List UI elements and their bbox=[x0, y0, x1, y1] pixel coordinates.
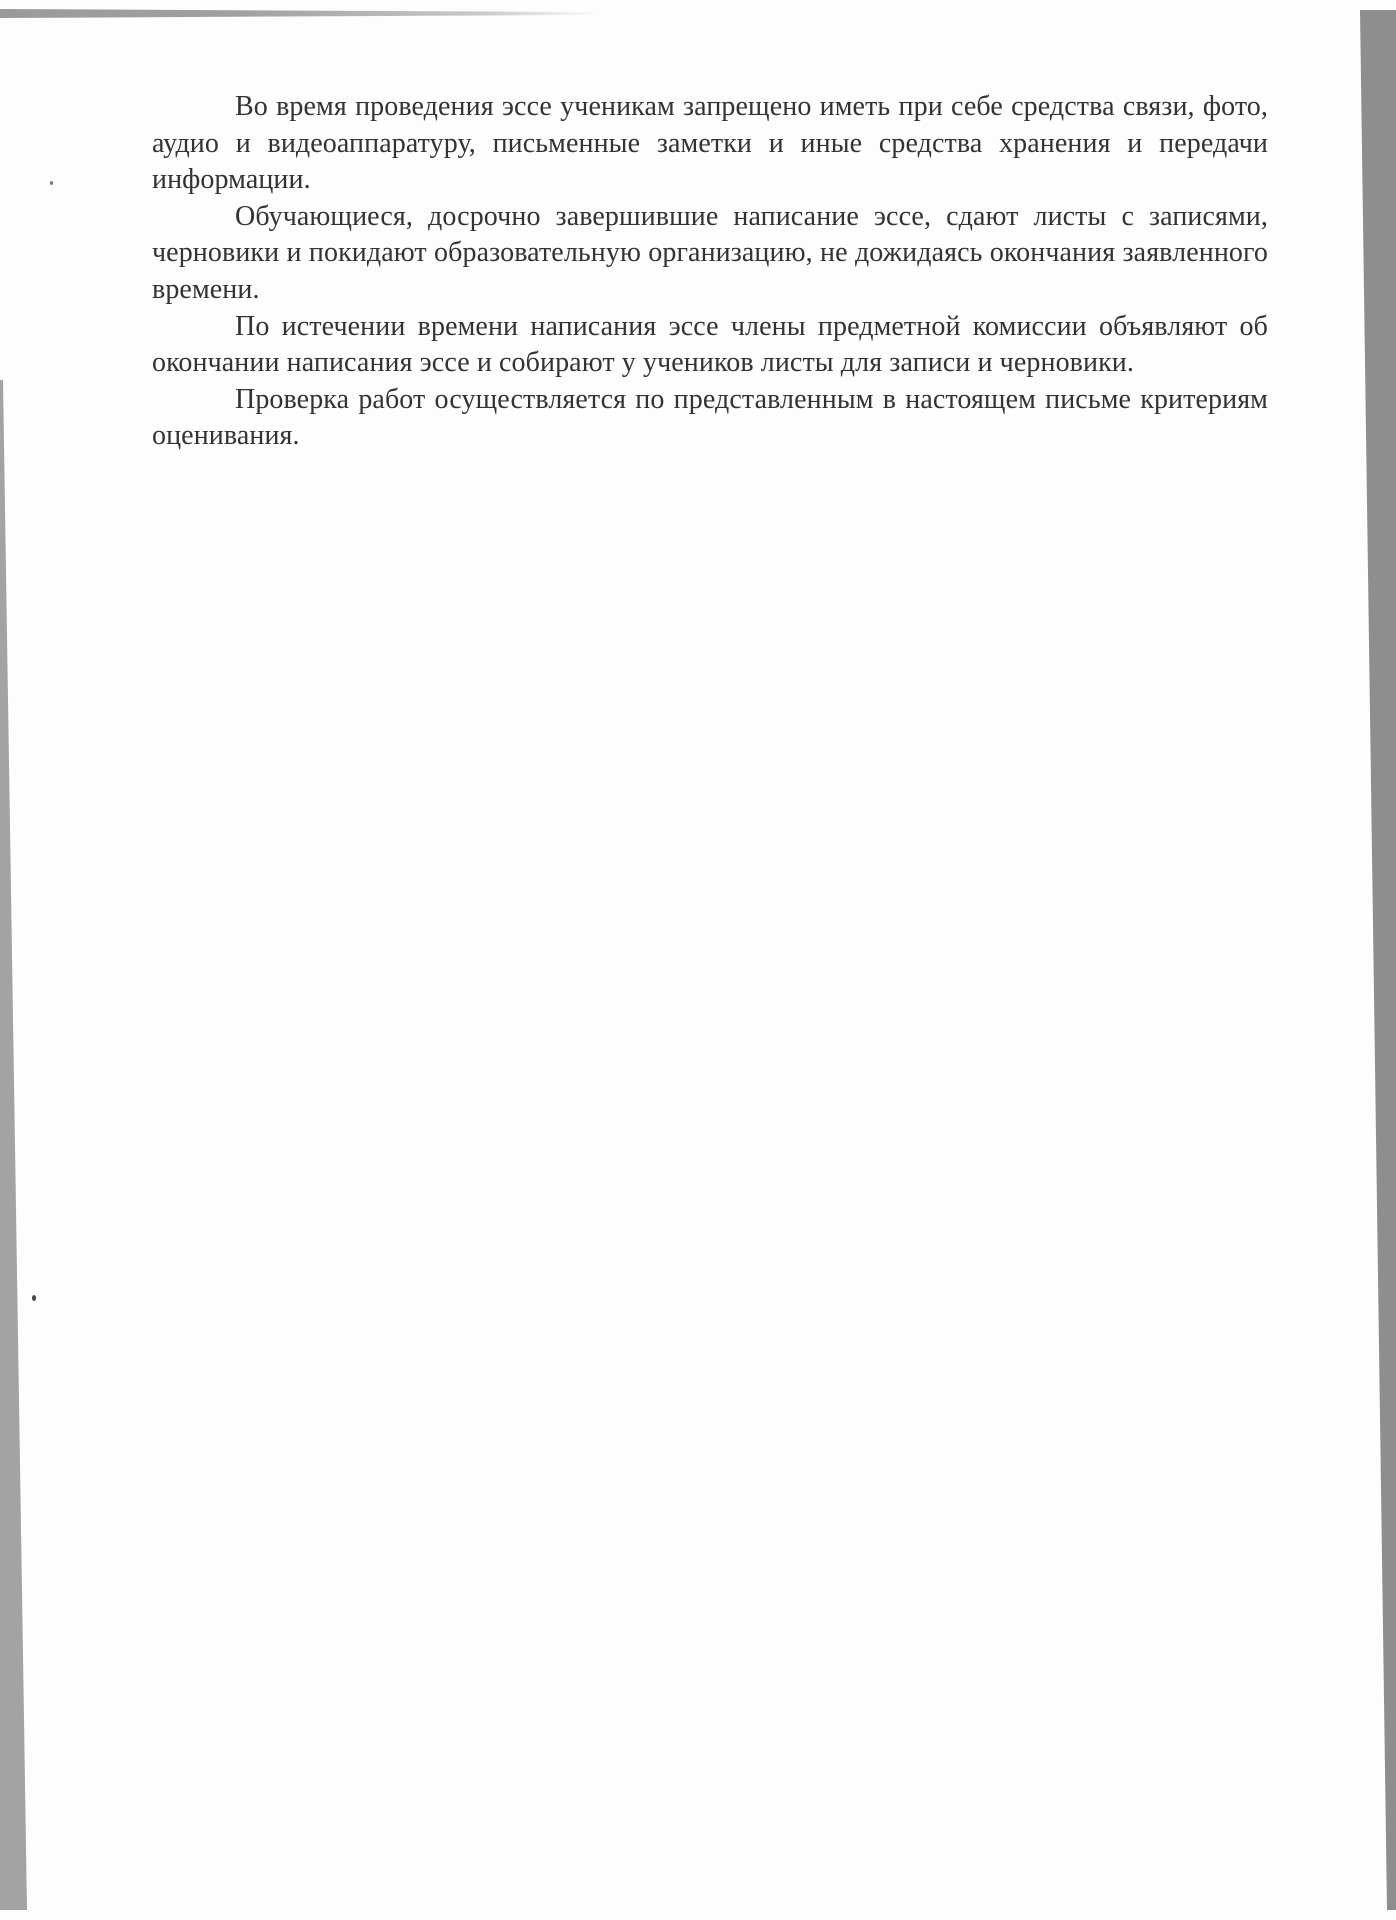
paragraph-grading-criteria: Проверка работ осуществляется по предста… bbox=[152, 382, 1268, 455]
document-body: Во время проведения эссе ученикам запрещ… bbox=[152, 89, 1268, 455]
scan-speck bbox=[50, 181, 53, 185]
scan-speck bbox=[32, 1295, 36, 1301]
scan-edge-top bbox=[0, 9, 600, 18]
paragraph-device-prohibition: Во время проведения эссе ученикам запрещ… bbox=[152, 89, 1268, 199]
paragraph-early-completion: Обучающиеся, досрочно завершившие написа… bbox=[152, 199, 1268, 309]
scan-edge-left bbox=[0, 380, 30, 1910]
paragraph-time-expiry: По истечении времени написания эссе член… bbox=[152, 309, 1268, 382]
scan-edge-right bbox=[1355, 10, 1396, 1910]
